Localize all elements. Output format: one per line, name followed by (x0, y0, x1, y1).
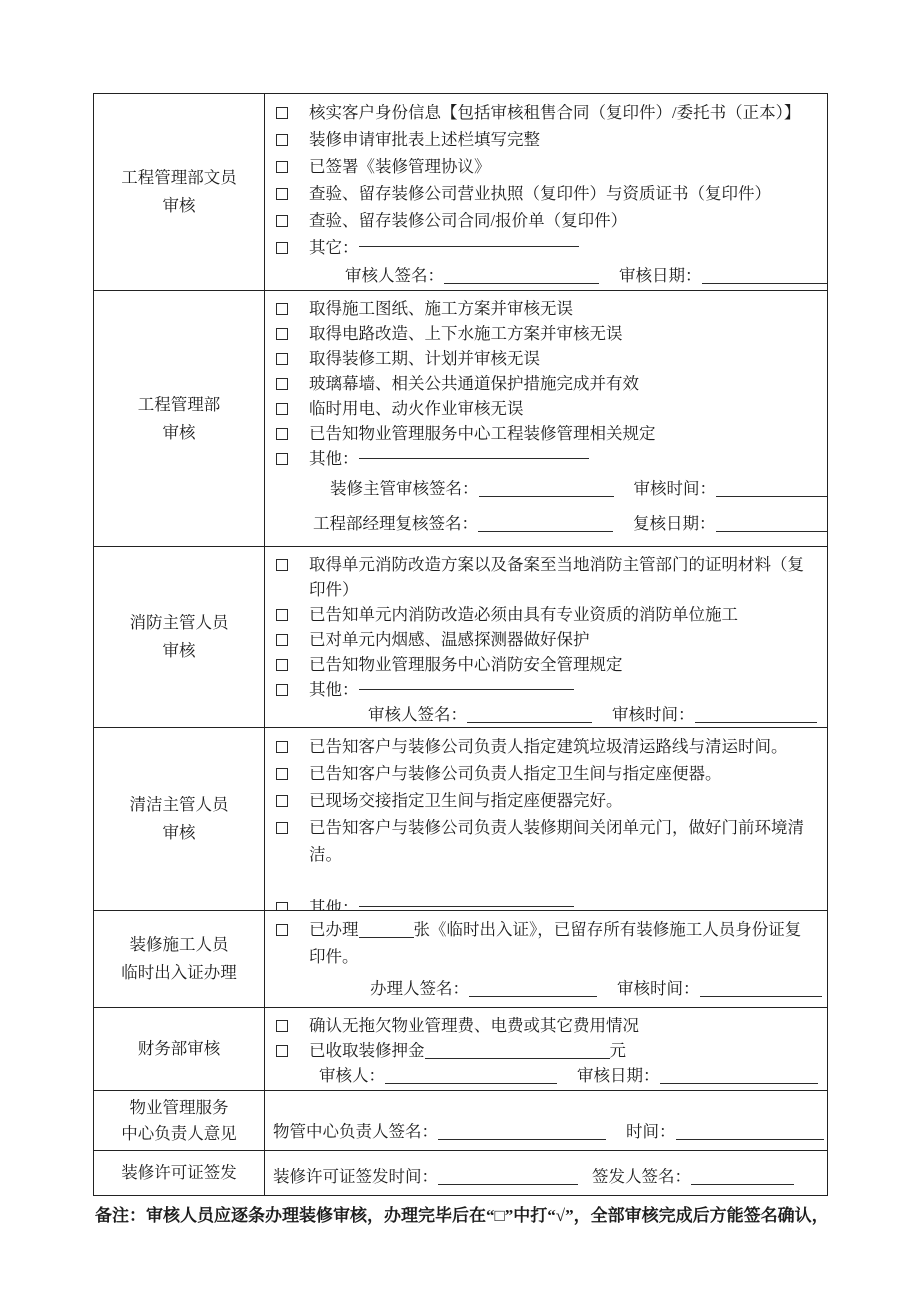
signature-blank (444, 271, 599, 284)
fill-in-blank (359, 677, 574, 690)
row-label-line: 工程管理部文员 (121, 164, 237, 192)
signature-row: 审核人签名：审核日期： (273, 261, 817, 290)
signature-block: 审核人签名：审核时间： (273, 702, 817, 727)
checklist-item-text: 已签署《装修管理协议》 (309, 153, 817, 180)
checklist-item-text: 取得装修工期、计划并审核无误 (309, 346, 817, 371)
row-label-line: 物业管理服务 (130, 1095, 229, 1121)
checklist-item-text: 查验、留存装修公司营业执照（复印件）与资质证书（复印件） (309, 180, 817, 207)
checklist-item: 已签署《装修管理协议》 (273, 153, 817, 180)
checkbox[interactable] (276, 161, 288, 173)
checklist-item: 已告知客户与装修公司负责人装修期间关闭单元门，做好门前环境清洁。 (273, 814, 817, 868)
row-header-cell: 工程管理部文员 审核 (94, 94, 265, 290)
checkbox[interactable] (276, 659, 288, 671)
signature-label: 办理人签名： (370, 979, 469, 998)
table-row-clerk-review: 工程管理部文员 审核 核实客户身份信息【包括审核租售合同（复印件）/委托书（正本… (94, 94, 827, 290)
row-label-line: 消防主管人员 (130, 609, 229, 637)
footer-note: 备注：审核人员应逐条办理装修审核，办理完毕后在“□”中打“√”，全部审核完成后方… (95, 1203, 840, 1229)
signature-label: 审核人签名： (345, 266, 444, 285)
table-row-finance-review: 财务部审核 确认无拖欠物业管理费、电费或其它费用情况 已收取装修押金元 审核人：… (94, 1007, 827, 1090)
checkbox[interactable] (276, 1020, 288, 1032)
date-blank (716, 519, 828, 532)
checkbox[interactable] (276, 1045, 288, 1057)
signature-blank (691, 1172, 794, 1185)
fill-in-blank (359, 925, 414, 938)
checklist-item-text: 其他： (309, 446, 359, 471)
row-header-cell: 清洁主管人员 审核 (94, 728, 265, 910)
signature-row: 物管中心负责人签名：时间： (273, 1120, 817, 1144)
checklist-item: 已告知客户与装修公司负责人指定建筑垃圾清运路线与清运时间。 (273, 733, 817, 760)
checklist-item-text: 取得施工图纸、施工方案并审核无误 (309, 296, 817, 321)
checklist-item: 玻璃幕墙、相关公共通道保护措施完成并有效 (273, 371, 817, 396)
checklist-item: 已对单元内烟感、温感探测器做好保护 (273, 627, 817, 652)
row-header-cell: 物业管理服务 中心负责人意见 (94, 1091, 265, 1150)
row-label-line: 清洁主管人员 (130, 791, 229, 819)
checklist-item: 已告知物业管理服务中心工程装修管理相关规定 (273, 421, 817, 446)
table-row-center-director-opinion: 物业管理服务 中心负责人意见 物管中心负责人签名：时间： (94, 1090, 827, 1150)
signature-block: 装修主管审核签名：审核时间： 工程部经理复核签名：复核日期： (273, 471, 817, 546)
checklist-item: 查验、留存装修公司合同/报价单（复印件） (273, 207, 817, 234)
checkbox[interactable] (276, 328, 288, 340)
signature-row: 装修许可证签发时间：签发人签名： (273, 1165, 817, 1189)
checklist-item-deposit: 已收取装修押金元 (273, 1038, 817, 1063)
row-header-cell: 工程管理部 审核 (94, 291, 265, 546)
checklist-item: 已现场交接指定卫生间与指定座便器完好。 (273, 787, 817, 814)
fill-in-blank (359, 446, 589, 459)
checkbox[interactable] (276, 924, 288, 936)
date-label: 复核日期： (633, 514, 716, 533)
checkbox[interactable] (276, 822, 288, 834)
checklist-item: 装修申请审批表上述栏填写完整 (273, 126, 817, 153)
row-content-cell: 核实客户身份信息【包括审核租售合同（复印件）/委托书（正本）】 装修申请审批表上… (265, 94, 827, 290)
row-header-cell: 装修许可证签发 (94, 1151, 265, 1195)
checklist-item-text: 确认无拖欠物业管理费、电费或其它费用情况 (309, 1013, 817, 1038)
checkbox[interactable] (276, 795, 288, 807)
signature-blank (469, 984, 597, 997)
checkbox[interactable] (276, 353, 288, 365)
signature-blank (467, 710, 592, 723)
checklist-item-other: 其他： (273, 677, 817, 702)
row-label-line: 临时出入证办理 (121, 959, 237, 987)
checklist-item-text: 已现场交接指定卫生间与指定座便器完好。 (309, 787, 817, 814)
checklist-item: 取得施工图纸、施工方案并审核无误 (273, 296, 817, 321)
table-row-cleaning-review: 清洁主管人员 审核 已告知客户与装修公司负责人指定建筑垃圾清运路线与清运时间。 … (94, 727, 827, 910)
checklist-item-text: 玻璃幕墙、相关公共通道保护措施完成并有效 (309, 371, 817, 396)
checklist-item: 临时用电、动火作业审核无误 (273, 396, 817, 421)
table-row-temporary-pass: 装修施工人员 临时出入证办理 已办理张《临时出入证》，已留存所有装修施工人员身份… (94, 910, 827, 1007)
date-label: 审核时间： (617, 979, 700, 998)
checkbox[interactable] (276, 768, 288, 780)
checklist-item: 确认无拖欠物业管理费、电费或其它费用情况 (273, 1013, 817, 1038)
signature-blank (438, 1127, 606, 1140)
checklist-item-other: 其他： (273, 446, 817, 471)
table-row-permit-issuance: 装修许可证签发 装修许可证签发时间：签发人签名： (94, 1150, 827, 1195)
checklist-item-other: 其他： (273, 894, 817, 910)
date-blank (716, 484, 827, 497)
checklist-item: 取得单元消防改造方案以及备案至当地消防主管部门的证明材料（复印件） (273, 552, 817, 602)
checklist-item-text: 核实客户身份信息【包括审核租售合同（复印件）/委托书（正本）】 (309, 99, 817, 126)
table-row-fire-review: 消防主管人员 审核 取得单元消防改造方案以及备案至当地消防主管部门的证明材料（复… (94, 546, 827, 727)
date-blank (695, 710, 817, 723)
date-label: 审核时间： (634, 479, 717, 498)
checklist-item-text: 已告知客户与装修公司负责人装修期间关闭单元门，做好门前环境清洁。 (309, 814, 817, 868)
signature-row: 工程部经理复核签名：复核日期： (273, 506, 817, 541)
checklist-item-text: 取得单元消防改造方案以及备案至当地消防主管部门的证明材料（复印件） (309, 552, 817, 602)
checklist-item-text: 已告知物业管理服务中心消防安全管理规定 (309, 652, 817, 677)
date-label: 审核时间： (612, 705, 695, 724)
checkbox[interactable] (276, 378, 288, 390)
date-label: 审核日期： (577, 1066, 660, 1085)
checkbox[interactable] (276, 188, 288, 200)
date-label: 审核日期： (619, 266, 702, 285)
checkbox[interactable] (276, 609, 288, 621)
row-content-cell: 物管中心负责人签名：时间： (265, 1091, 827, 1150)
checklist-item-text: 已告知客户与装修公司负责人指定卫生间与指定座便器。 (309, 760, 817, 787)
row-content-cell: 取得单元消防改造方案以及备案至当地消防主管部门的证明材料（复印件） 已告知单元内… (265, 547, 827, 727)
checklist-item-text: 已告知客户与装修公司负责人指定建筑垃圾清运路线与清运时间。 (309, 733, 817, 760)
checkbox[interactable] (276, 902, 288, 910)
row-label-line: 审核 (163, 419, 196, 447)
checkbox[interactable] (276, 559, 288, 571)
checklist-item: 取得电路改造、上下水施工方案并审核无误 (273, 321, 817, 346)
checkbox[interactable] (276, 107, 288, 119)
checklist-item: 已办理张《临时出入证》，已留存所有装修施工人员身份证复印件。 (273, 916, 817, 970)
signature-block: 审核人签名：审核日期： (273, 261, 817, 290)
checklist-item-other: 其它： (273, 234, 817, 261)
signature-blank (478, 519, 613, 532)
checkbox[interactable] (276, 134, 288, 146)
checklist-item: 核实客户身份信息【包括审核租售合同（复印件）/委托书（正本）】 (273, 99, 817, 126)
signature-label: 物管中心负责人签名： (273, 1122, 438, 1141)
fill-in-blank (359, 234, 579, 247)
checklist-item-text: 其他： (309, 677, 359, 702)
checklist-item-text: 查验、留存装修公司合同/报价单（复印件） (309, 207, 817, 234)
checklist-item: 已告知客户与装修公司负责人指定卫生间与指定座便器。 (273, 760, 817, 787)
checkbox[interactable] (276, 634, 288, 646)
checklist-item-text: 其它： (309, 234, 359, 261)
row-content-cell: 装修许可证签发时间：签发人签名： (265, 1151, 827, 1195)
checklist-item-text: 已告知物业管理服务中心工程装修管理相关规定 (309, 421, 817, 446)
signature-row: 装修主管审核签名：审核时间： (273, 471, 817, 506)
row-content-cell: 确认无拖欠物业管理费、电费或其它费用情况 已收取装修押金元 审核人：审核日期： (265, 1008, 827, 1090)
row-label-line: 审核 (163, 192, 196, 220)
checkbox[interactable] (276, 403, 288, 415)
checklist-item-text: 取得电路改造、上下水施工方案并审核无误 (309, 321, 817, 346)
fill-in-blank (425, 1046, 610, 1059)
checklist-item-text: 装修申请审批表上述栏填写完整 (309, 126, 817, 153)
document-page: 工程管理部文员 审核 核实客户身份信息【包括审核租售合同（复印件）/委托书（正本… (0, 0, 920, 1302)
row-label-line: 工程管理部 (138, 391, 221, 419)
checklist-item: 已告知物业管理服务中心消防安全管理规定 (273, 652, 817, 677)
checklist-item: 查验、留存装修公司营业执照（复印件）与资质证书（复印件） (273, 180, 817, 207)
checklist-item-text: 临时用电、动火作业审核无误 (309, 396, 817, 421)
signature-block: 物管中心负责人签名：时间： (273, 1120, 817, 1150)
signature-blank (385, 1071, 557, 1084)
checkbox[interactable] (276, 215, 288, 227)
row-header-cell: 财务部审核 (94, 1008, 265, 1090)
date-blank (702, 271, 827, 284)
signature-blank (438, 1172, 578, 1185)
signature-label: 审核人： (319, 1066, 385, 1085)
signature-row: 审核人签名：审核时间： (273, 702, 817, 727)
checkbox[interactable] (276, 303, 288, 315)
checkbox[interactable] (276, 242, 288, 254)
row-label-line: 装修许可证签发 (121, 1159, 237, 1187)
row-label-line: 装修施工人员 (130, 931, 229, 959)
signature-label: 装修许可证签发时间： (273, 1167, 438, 1186)
date-blank (660, 1071, 818, 1084)
row-label-line: 财务部审核 (138, 1035, 221, 1063)
checkbox[interactable] (276, 428, 288, 440)
date-label: 时间： (626, 1122, 676, 1141)
checklist-item-text: 已对单元内烟感、温感探测器做好保护 (309, 627, 817, 652)
signature-label: 工程部经理复核签名： (313, 514, 478, 533)
checklist-item-text: 已告知单元内消防改造必须由具有专业资质的消防单位施工 (309, 602, 817, 627)
date-blank (676, 1127, 824, 1140)
row-header-cell: 消防主管人员 审核 (94, 547, 265, 727)
decoration-approval-table: 工程管理部文员 审核 核实客户身份信息【包括审核租售合同（复印件）/委托书（正本… (93, 93, 828, 1196)
row-header-cell: 装修施工人员 临时出入证办理 (94, 911, 265, 1007)
checkbox[interactable] (276, 684, 288, 696)
signature-block: 办理人签名：审核时间： (273, 976, 817, 1007)
signature-blank (479, 484, 614, 497)
checkbox[interactable] (276, 453, 288, 465)
row-content-cell: 已办理张《临时出入证》，已留存所有装修施工人员身份证复印件。 办理人签名：审核时… (265, 911, 827, 1007)
checklist-item: 已告知单元内消防改造必须由具有专业资质的消防单位施工 (273, 602, 817, 627)
signature-row: 审核人：审核日期： (273, 1063, 817, 1088)
date-blank (700, 984, 822, 997)
checkbox[interactable] (276, 741, 288, 753)
fill-in-blank (359, 894, 574, 907)
row-content-cell: 已告知客户与装修公司负责人指定建筑垃圾清运路线与清运时间。 已告知客户与装修公司… (265, 728, 827, 910)
checklist-item-text: 已办理张《临时出入证》，已留存所有装修施工人员身份证复印件。 (309, 916, 817, 970)
checklist-item: 取得装修工期、计划并审核无误 (273, 346, 817, 371)
table-row-engineering-review: 工程管理部 审核 取得施工图纸、施工方案并审核无误 取得电路改造、上下水施工方案… (94, 290, 827, 546)
signature-block: 审核人：审核日期： (273, 1063, 817, 1090)
checklist-item-text: 其他： (309, 894, 359, 910)
signature-label: 签发人签名： (592, 1167, 691, 1186)
checklist-item-text: 已收取装修押金元 (309, 1038, 626, 1063)
row-label-line: 审核 (163, 819, 196, 847)
row-label-line: 审核 (163, 637, 196, 665)
row-content-cell: 取得施工图纸、施工方案并审核无误 取得电路改造、上下水施工方案并审核无误 取得装… (265, 291, 827, 546)
signature-label: 装修主管审核签名： (330, 479, 479, 498)
row-label-line: 中心负责人意见 (121, 1121, 237, 1147)
signature-label: 审核人签名： (368, 705, 467, 724)
signature-row: 办理人签名：审核时间： (273, 976, 817, 1002)
signature-block: 装修许可证签发时间：签发人签名： (273, 1165, 817, 1195)
